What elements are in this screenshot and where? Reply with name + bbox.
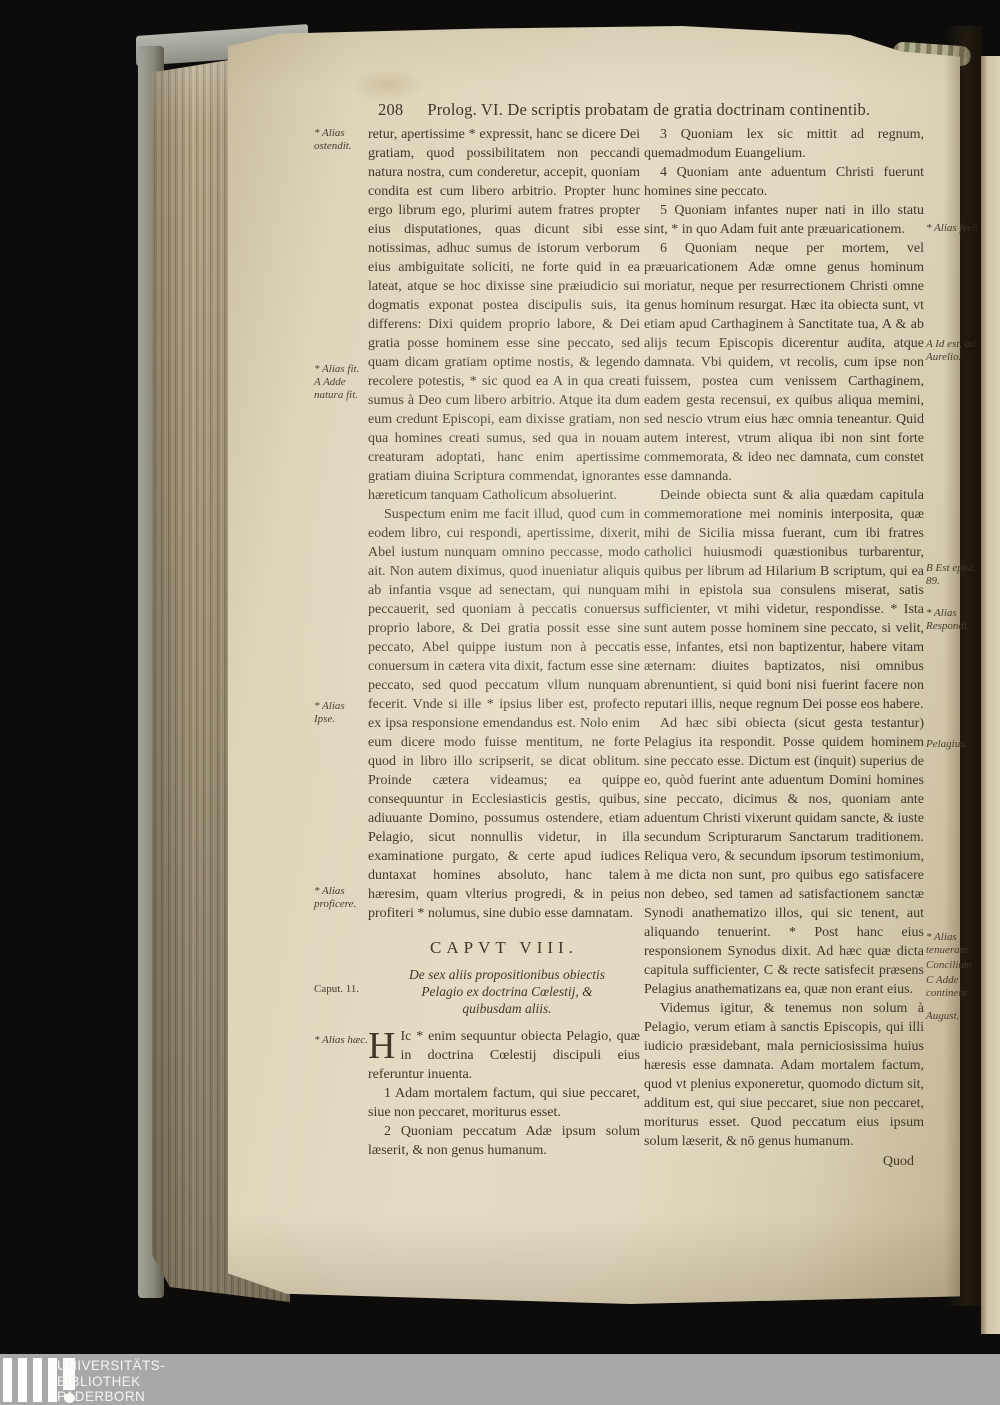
facing-page-edge [981,56,1000,1334]
margin-note: * Alias ostendit. [314,127,368,153]
text-column-right: 3 Quoniam lex sic mittit ad regnum, quem… [644,125,924,1171]
paper-stain [348,68,428,102]
chapter-subtitle: De sex aliis propositionibus obiectis Pe… [398,966,616,1017]
paragraph: Videmus igitur, & tenemus non solum à Pe… [644,999,924,1151]
list-item: 3 Quoniam lex sic mittit ad regnum, quem… [644,125,924,163]
margin-note: * Alias fit. A Adde natura fit. [314,363,368,402]
list-item: 4 Quoniam ante aduentum Christi fuerunt … [644,163,924,201]
chapter-heading: CAPVT VIII. [368,938,640,957]
gutter-shadow [944,26,982,1306]
library-name-line: PADERBORN [57,1389,165,1405]
margin-note: * Alias proficere. [314,885,368,911]
logo-bar [3,1358,12,1402]
paragraph: Deinde obiecta sunt & alia quædam capitu… [644,486,924,714]
library-name-line: BIBLIOTHEK [57,1374,165,1390]
logo-bar [33,1358,42,1402]
page-content: 208 Prolog. VI. De scriptis probatam de … [228,26,960,1304]
page-number: 208 [378,100,403,120]
running-header: 208 Prolog. VI. De scriptis probatam de … [378,100,894,120]
paragraph: Suspectum enim me facit illud, quod cum … [368,505,640,923]
paragraph-text: Ic * enim sequuntur obiecta Pelagio, quæ… [368,1029,640,1082]
library-footer: UNIVERSITÄTS- BIBLIOTHEK PADERBORN [0,1354,1000,1405]
paragraph: Ad hæc sibi obiecta (sicut gesta testant… [644,714,924,999]
drop-cap: H [368,1027,400,1062]
logo-bar [18,1358,27,1402]
list-item: 2 Quoniam peccatum Adæ ipsum solum læser… [368,1122,640,1160]
margin-note: Caput. 11. [314,983,368,996]
running-title: Prolog. VI. De scriptis probatam de grat… [427,100,870,120]
library-name-line: UNIVERSITÄTS- [57,1358,165,1374]
logo-bar [48,1358,57,1402]
paragraph: retur, apertissime * expressit, hanc se … [368,125,640,505]
margin-note: * Alias hæc. [314,1034,368,1047]
paragraph: HIc * enim sequuntur obiecta Pelagio, qu… [368,1027,640,1084]
list-item: 6 Quoniam neque per mortem, vel præuaric… [644,239,924,486]
library-name: UNIVERSITÄTS- BIBLIOTHEK PADERBORN [57,1358,165,1405]
list-item: 1 Adam mortalem factum, qui siue peccare… [368,1084,640,1122]
text-column-left: retur, apertissime * expressit, hanc se … [368,125,640,1160]
margin-note: * Alias Ipse. [314,700,368,726]
list-item: 5 Quoniam infantes nuper nati in illo st… [644,201,924,239]
catchword: Quod [644,1152,924,1171]
